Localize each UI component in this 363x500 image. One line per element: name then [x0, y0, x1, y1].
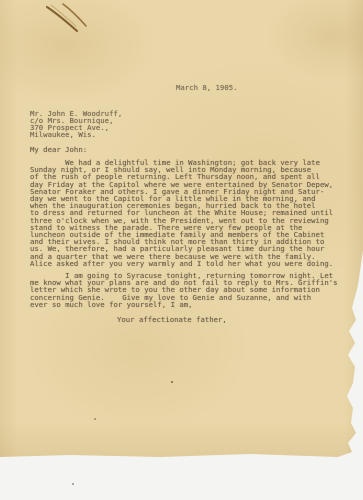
paper-speck	[171, 381, 173, 383]
body-paragraph-2: I am going to Syracuse tonight, returnin…	[30, 272, 363, 308]
paper-speck	[94, 418, 96, 420]
body-paragraph-1: We had a delightful time in Washington; …	[30, 159, 363, 267]
salutation: My dear John:	[30, 146, 87, 153]
letter-paper: March 8, 1905. Mr. John E. Woodruff, c/o…	[0, 0, 363, 458]
letter-date: March 8, 1905.	[176, 84, 238, 91]
closing-line: Your affectionate father,	[117, 316, 227, 323]
background-speck	[72, 483, 74, 485]
pen-strokes-icon	[18, 0, 98, 40]
recipient-city: Milwaukee, Wis.	[30, 131, 230, 138]
scanned-letter: March 8, 1905. Mr. John E. Woodruff, c/o…	[0, 0, 363, 500]
